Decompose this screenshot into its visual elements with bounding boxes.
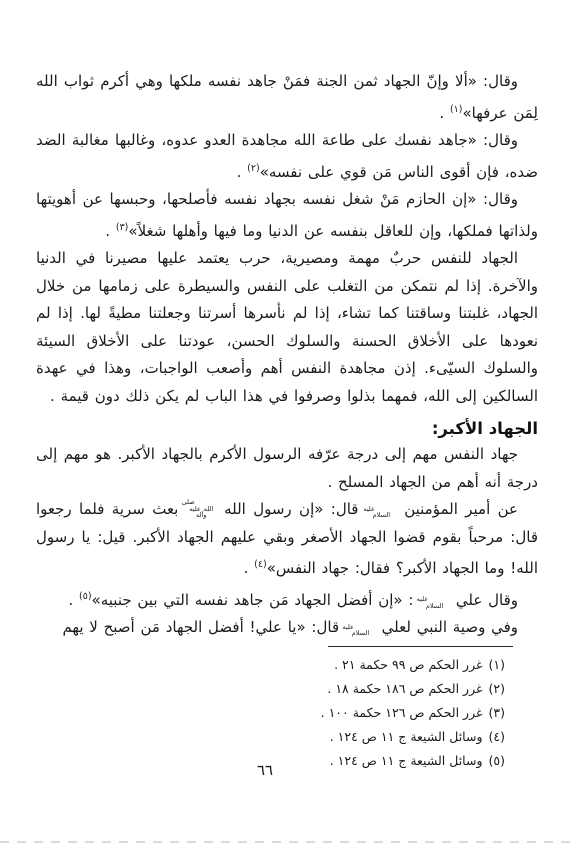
honorific-symbol: عليه السلام (347, 624, 374, 637)
footnote-text: غرر الحكم ص ١٨٦ حكمة ١٨ . (327, 681, 482, 696)
footnote-item: (٤)وسائل الشيعة ج ١١ ص ١٢٤ . (245, 725, 505, 749)
section-heading: الجهاد الأكبر: (36, 419, 538, 438)
footnote-text: غرر الحكم ص ١٢٦ حكمة ١٠٠ . (321, 705, 483, 720)
paragraph: وقال علي عليه السلام : «إن أفضل الجهاد م… (36, 583, 538, 615)
paragraph: وقال: «جاهد نفسك على طاعة الله مجاهدة ال… (36, 127, 538, 186)
text-run: قال: «يا علي! أفضل الجهاد مَن أصبح لا يه… (62, 618, 344, 636)
footnote-item: (٣)غرر الحكم ص ١٢٦ حكمة ١٠٠ . (245, 701, 505, 725)
paragraphs-before-heading: وقال: «ألا وإنّ الجهاد ثمن الجنة فمَنْ ج… (36, 68, 538, 410)
text-run: وقال علي (450, 591, 518, 609)
paragraphs-after-heading: جهاد النفس مهم إلى درجة عرّفه الرسول الأ… (36, 441, 538, 642)
footnote-ref: (٤) (254, 559, 267, 570)
footnote-text: وسائل الشيعة ج ١١ ص ١٢٤ . (330, 753, 483, 768)
footnote-ref: (١) (450, 104, 463, 115)
footnote-separator-line (328, 646, 513, 647)
text-run: وقال: «ألا وإنّ الجهاد ثمن الجنة فمَنْ ج… (36, 72, 538, 122)
paragraph: وقال: «إن الحازم مَنْ شغل نفسه بجهاد نفس… (36, 186, 538, 245)
footnote-marker: (٢) (489, 681, 506, 696)
footnote-marker: (١) (489, 657, 506, 672)
footnote-text: غرر الحكم ص ٩٩ حكمة ٢١ . (334, 657, 482, 672)
text-run: وفي وصية النبي لعلي (376, 618, 518, 636)
text-run: جهاد النفس مهم إلى درجة عرّفه الرسول الأ… (36, 445, 538, 491)
footnotes-block: (١)غرر الحكم ص ٩٩ حكمة ٢١ . (٢)غرر الحكم… (245, 653, 505, 773)
honorific-symbol: عليه السلام (421, 596, 448, 609)
text-run: : «إن أفضل الجهاد مَن جاهد نفسه التي بين… (92, 591, 420, 609)
paragraph: جهاد النفس مهم إلى درجة عرّفه الرسول الأ… (36, 441, 538, 496)
paragraph: وقال: «ألا وإنّ الجهاد ثمن الجنة فمَنْ ج… (36, 68, 538, 127)
footnote-ref: (٢) (247, 163, 260, 174)
honorific-symbol: صلى الله عليه وآله (188, 499, 215, 519)
book-page: وقال: «ألا وإنّ الجهاد ثمن الجنة فمَنْ ج… (0, 0, 574, 843)
text-run: . (244, 559, 255, 577)
paragraph: عن أمير المؤمنين عليه السلام قال: «إن رس… (36, 496, 538, 583)
footnote-item: (١)غرر الحكم ص ٩٩ حكمة ٢١ . (245, 653, 505, 677)
footnote-ref: (٥) (79, 591, 92, 602)
footnote-item: (٢)غرر الحكم ص ١٨٦ حكمة ١٨ . (245, 677, 505, 701)
text-run: . (237, 163, 248, 181)
page-number: ٦٦ (240, 761, 290, 779)
honorific-symbol: عليه السلام (368, 506, 395, 519)
footnote-marker: (٤) (489, 729, 506, 744)
paragraph: وفي وصية النبي لعلي عليه السلام قال: «يا… (36, 614, 538, 642)
footnote-ref: (٣) (116, 222, 129, 233)
text-run: وقال: «جاهد نفسك على طاعة الله مجاهدة ال… (36, 131, 538, 181)
footnote-text: وسائل الشيعة ج ١١ ص ١٢٤ . (330, 729, 483, 744)
text-run: عن أمير المؤمنين (397, 500, 518, 518)
text-run: قال: «إن رسول الله (217, 500, 366, 518)
text-run: . (105, 222, 116, 240)
paragraph: الجهاد للنفس حربٌ مهمة ومصيرية، حرب يعتم… (36, 245, 538, 410)
text-run: الجهاد للنفس حربٌ مهمة ومصيرية، حرب يعتم… (36, 249, 538, 405)
body-text: وقال: «ألا وإنّ الجهاد ثمن الجنة فمَنْ ج… (36, 68, 538, 642)
footnote-marker: (٣) (489, 705, 506, 720)
text-run: . (439, 104, 450, 122)
footnote-marker: (٥) (489, 753, 506, 768)
text-run: . (68, 591, 79, 609)
